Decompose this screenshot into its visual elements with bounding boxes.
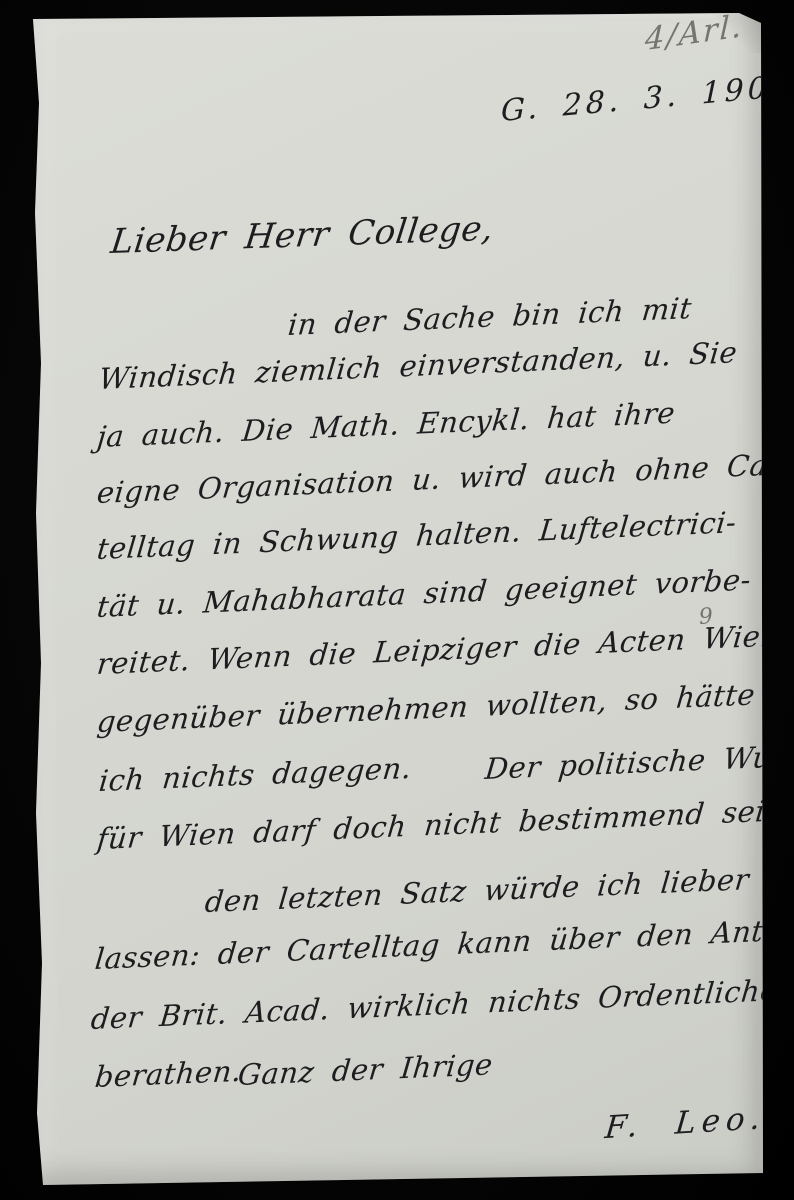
- body-line: ich nichts dagegen.: [98, 754, 413, 796]
- body-line: Der politische Wunsch: [484, 740, 794, 784]
- photo-background: 4/Arl. G. 28. 3. 1904 Lieber Herr Colleg…: [0, 0, 794, 1200]
- body-line: reitet. Wenn die Leipziger die Acten Wie…: [96, 621, 782, 679]
- salutation: Lieber Herr College,: [109, 212, 496, 260]
- archive-annotation: 4/Arl.: [644, 11, 743, 56]
- body-line: berathen.: [94, 1057, 244, 1092]
- body-line: in der Sache bin ich mit: [287, 294, 694, 340]
- body-line: ja auch. Die Math. Encykl. hat ihre: [96, 399, 677, 452]
- body-line: tät u. Mahabharata sind geeignet vorbe-: [96, 566, 753, 623]
- body-line: telltag in Schwung halten. Luftelectrici…: [96, 508, 738, 564]
- body-line: gegenüber übernehmen wollten, so hätte: [96, 680, 757, 737]
- body-line: den letzten Satz würde ich lieber fort-: [204, 862, 794, 917]
- closing-formula: Ganz der Ihrige: [237, 1050, 495, 1090]
- signature: F. Leo.: [603, 1103, 767, 1144]
- body-line: eigne Organisation u. wird auch ohne Car…: [96, 450, 794, 508]
- body-line: für Wien darf doch nicht bestimmend sein…: [96, 796, 794, 854]
- dateline: G. 28. 3. 1904: [501, 71, 794, 127]
- body-line: Windisch ziemlich einverstanden, u. Sie: [98, 338, 739, 394]
- body-line: der Brit. Acad. wirklich nichts Ordentli…: [90, 975, 794, 1034]
- letter-page: 4/Arl. G. 28. 3. 1904 Lieber Herr Colleg…: [33, 13, 763, 1185]
- body-line: lassen: der Cartelltag kann über den Ant…: [94, 915, 794, 974]
